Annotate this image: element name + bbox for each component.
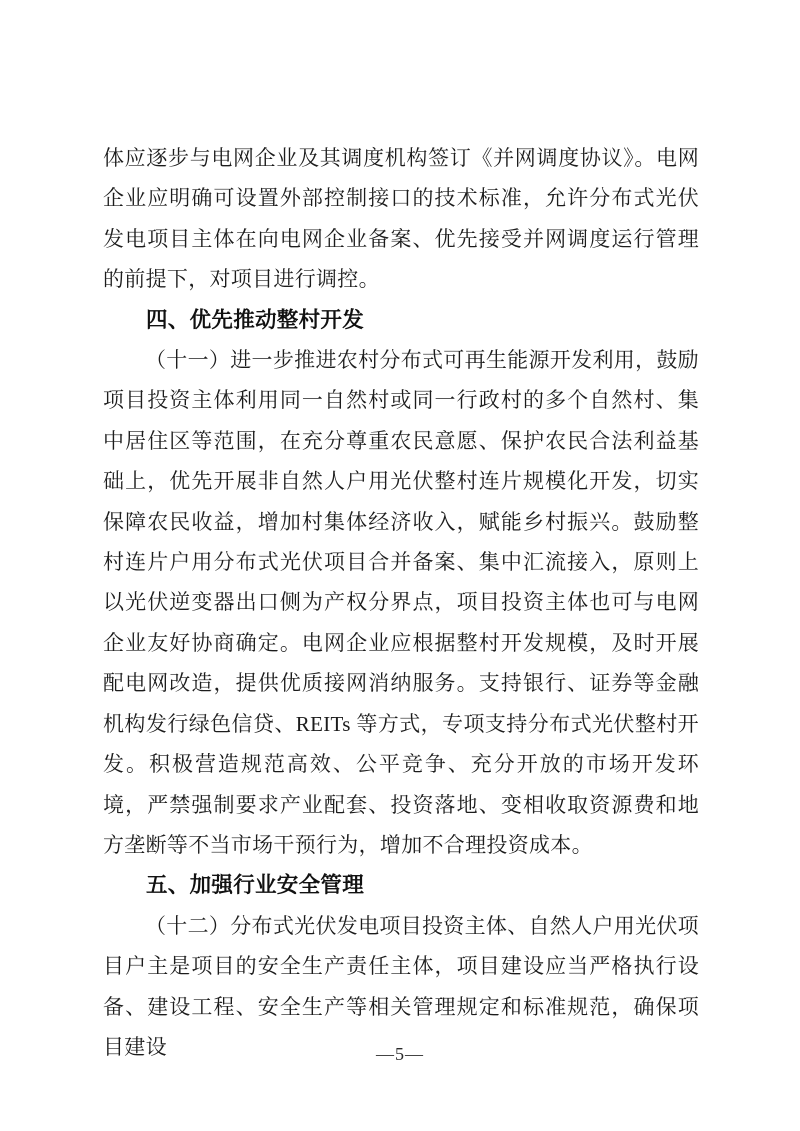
section-heading: 四、优先推动整村开发 [103,300,699,340]
document-page: 体应逐步与电网企业及其调度机构签订《并网调度协议》。电网企业应明确可设置外部控制… [0,0,800,1131]
body-paragraph: 体应逐步与电网企业及其调度机构签订《并网调度协议》。电网企业应明确可设置外部控制… [103,138,699,300]
page-number: —5— [0,1044,800,1065]
body-paragraph: （十一）进一步推进农村分布式可再生能源开发利用，鼓励项目投资主体利用同一自然村或… [103,340,699,865]
document-content: 体应逐步与电网企业及其调度机构签订《并网调度协议》。电网企业应明确可设置外部控制… [103,138,699,1067]
section-heading: 五、加强行业安全管理 [103,865,699,905]
